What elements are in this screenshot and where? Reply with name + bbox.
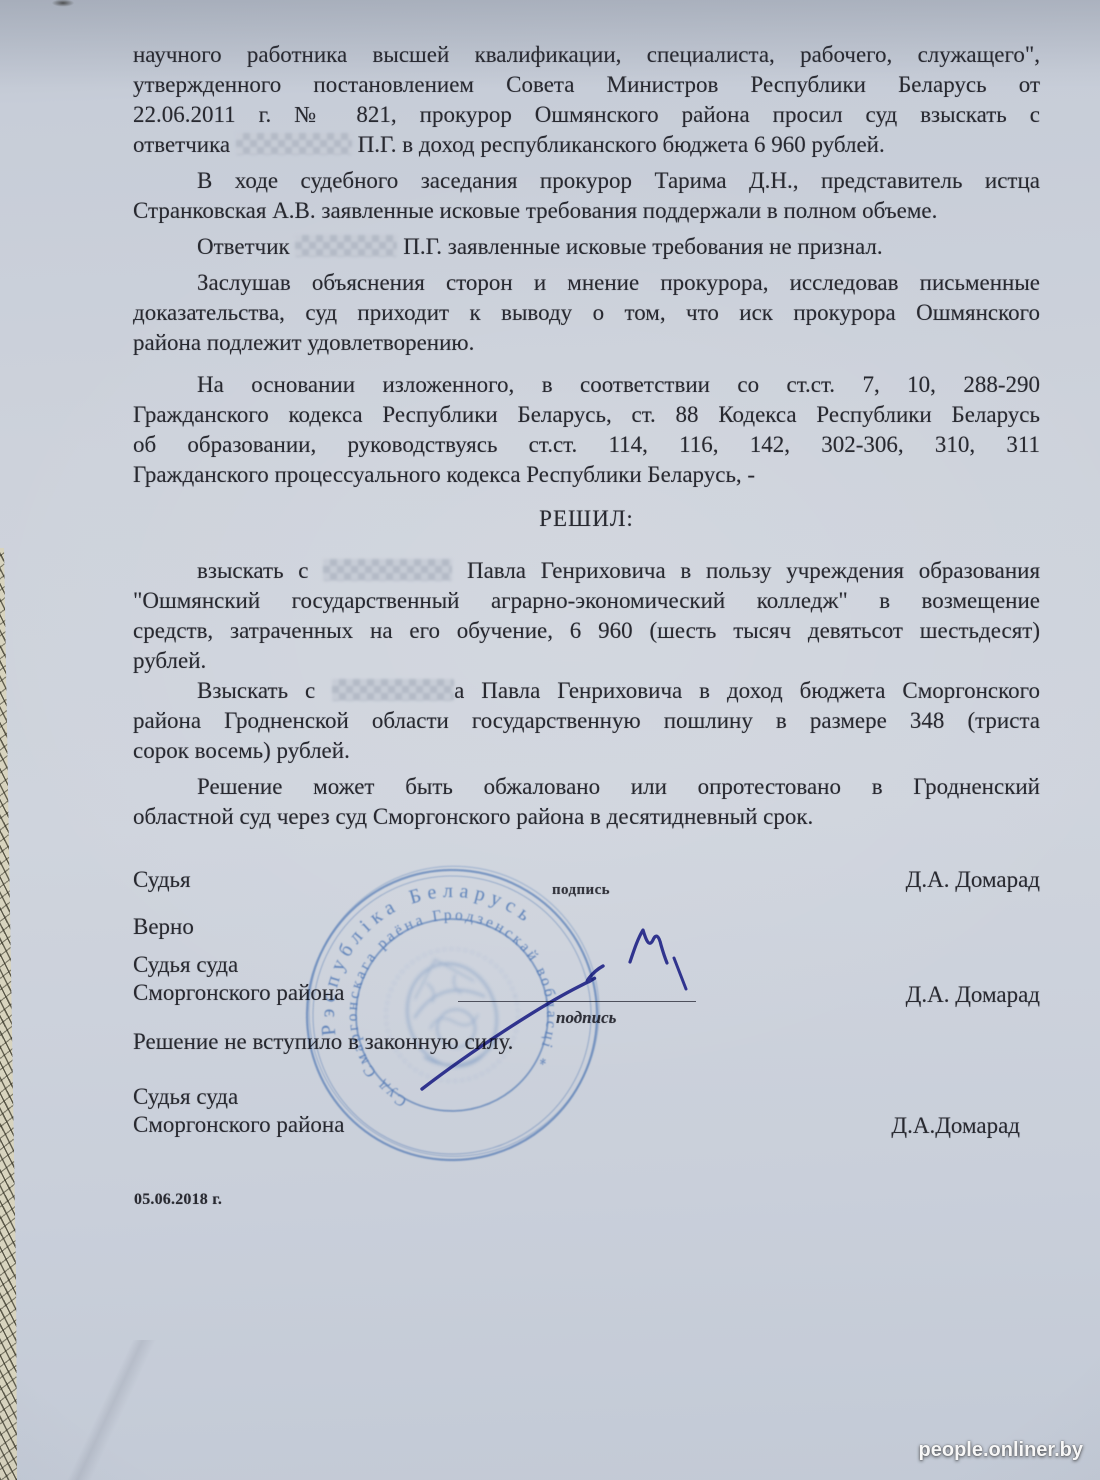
signature-stroke <box>422 966 603 1089</box>
signature-flourish <box>630 930 667 963</box>
ink-signature <box>0 0 1100 1480</box>
watermark-label: people.onliner.by <box>919 1439 1083 1462</box>
signature-tick <box>674 958 686 989</box>
document-photo: научного работника высшей квалификации, … <box>0 0 1100 1480</box>
